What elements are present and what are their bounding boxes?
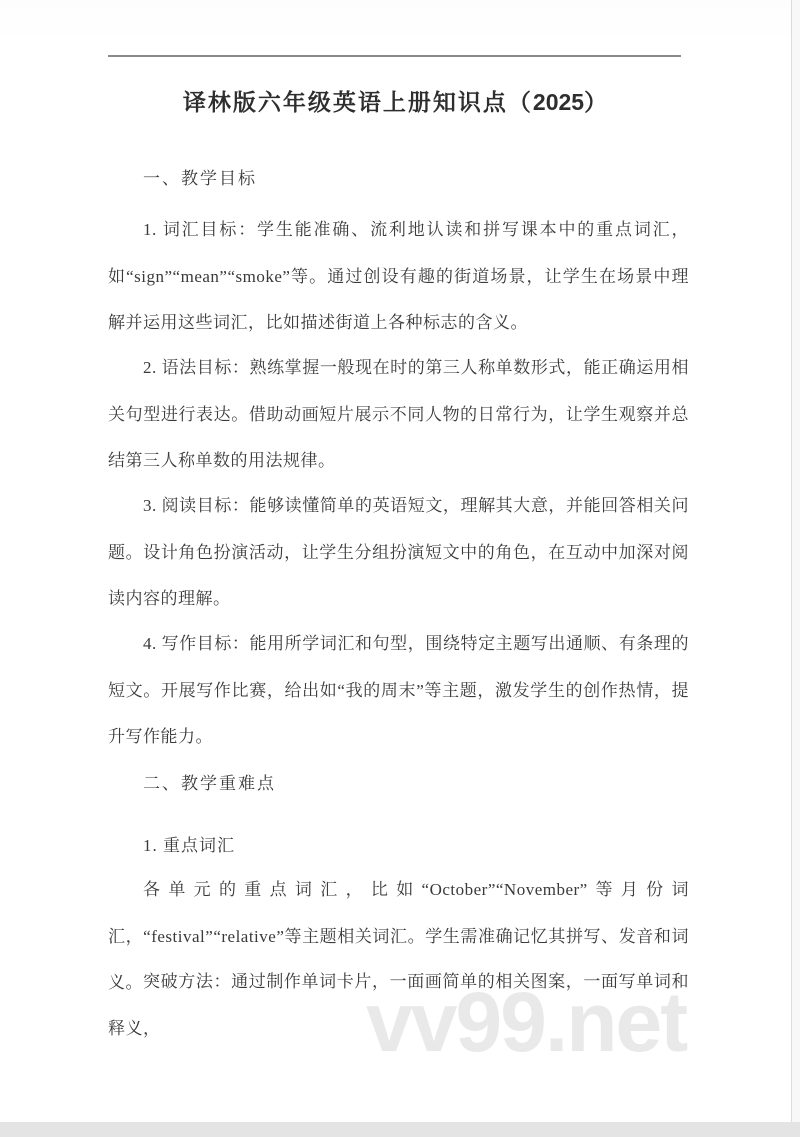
page-bottom-bar	[0, 1122, 800, 1137]
document-page: 译林版六年级英语上册知识点（2025） 一、教学目标 1. 词汇目标：学生能准确…	[0, 0, 800, 1137]
document-title-close: ）	[584, 90, 609, 115]
paragraph-grammar-goal: 2. 语法目标：熟练掌握一般现在时的第三人称单数形式，能正确运用相关句型进行表达…	[108, 345, 689, 485]
paragraph-vocab-goal: 1. 词汇目标：学生能准确、流利地认读和拼写课本中的重点词汇，如“sign”“m…	[108, 207, 689, 347]
section-heading-teaching-goals: 一、教学目标	[108, 167, 257, 191]
paragraph-reading-goal: 3. 阅读目标：能够读懂简单的英语短文，理解其大意，并能回答相关问题。设计角色扮…	[108, 483, 689, 623]
section-heading-key-difficulties: 二、教学重难点	[108, 772, 276, 796]
document-title: 译林版六年级英语上册知识点（2025）	[0, 84, 792, 121]
document-title-year: 2025	[533, 89, 584, 115]
subsection-heading-key-vocab: 1. 重点词汇	[108, 834, 235, 858]
document-title-text: 译林版六年级英语上册知识点（	[183, 90, 533, 115]
header-rule	[108, 55, 681, 57]
paragraph-writing-goal: 4. 写作目标：能用所学词汇和句型，围绕特定主题写出通顺、有条理的短文。开展写作…	[108, 621, 689, 761]
page-right-margin-strip	[792, 0, 800, 1122]
watermark-text: vv99.net	[366, 980, 686, 1064]
